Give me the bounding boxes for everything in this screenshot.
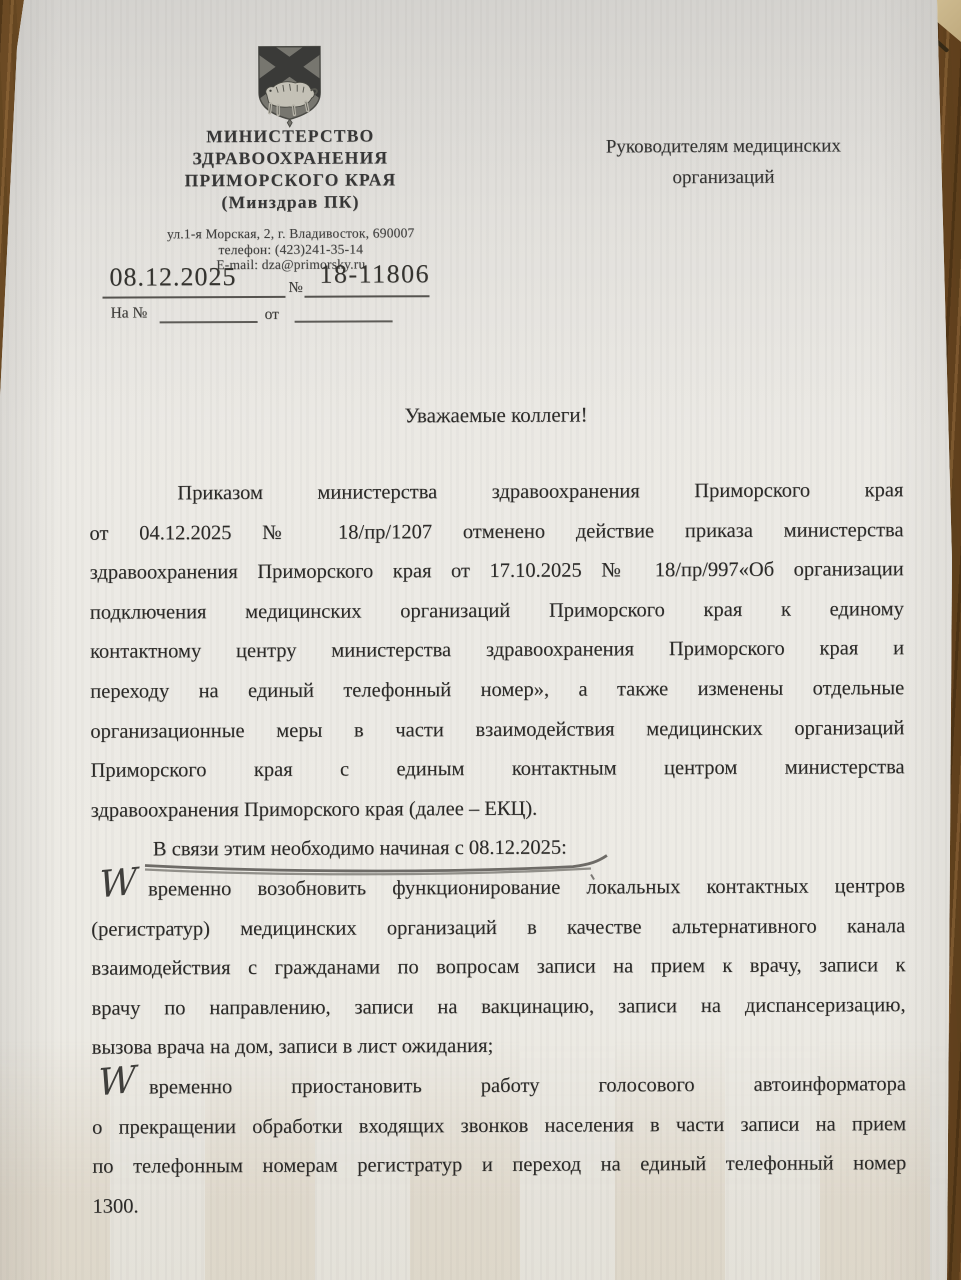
org-line: (Минздрав ПК)	[123, 190, 458, 213]
list-item-first-line: W временно приостановить работу голосово…	[92, 1065, 906, 1108]
body-line: (регистратур) медицинских организаций в …	[91, 907, 905, 950]
underlined-heading: В связи этим необходимо начиная с 08.12.…	[91, 827, 905, 870]
salutation: Уважаемые коллеги!	[89, 401, 903, 430]
photographed-letter-on-table: МИНИСТЕРСТВО ЗДРАВООХРАНЕНИЯ ПРИМОРСКОГО…	[0, 0, 961, 1280]
letter-date: 08.12.2025	[109, 262, 236, 293]
org-line: МИНИСТЕРСТВО	[123, 124, 458, 147]
address-line: телефон: (423)241-35-14	[123, 241, 458, 258]
org-line: ПРИМОРСКОГО КРАЯ	[123, 168, 458, 191]
body-line: контактному центру министерства здравоох…	[90, 630, 904, 673]
body-line: врачу по направлению, записи на вакцинац…	[92, 986, 906, 1029]
list-item-first-line: W временно возобновить функционирование …	[91, 867, 905, 910]
primorsky-krai-coat-of-arms-icon	[252, 45, 326, 129]
reference-number-blank	[160, 321, 258, 323]
ministry-name-block: МИНИСТЕРСТВО ЗДРАВООХРАНЕНИЯ ПРИМОРСКОГО…	[123, 124, 458, 213]
body-line: здравоохранения Приморского края от 17.1…	[90, 550, 904, 593]
item-text: временно возобновить функционирование ло…	[148, 875, 905, 900]
body-line: по телефонным номерам регистратур и пере…	[92, 1144, 906, 1187]
body-line: 1300.	[92, 1184, 906, 1227]
reference-from-label: от	[265, 306, 279, 324]
handwritten-w-marker: W	[98, 1060, 136, 1103]
address-line: ул.1-я Морская, 2, г. Владивосток, 69000…	[123, 225, 458, 242]
number-underline	[304, 295, 429, 298]
number-sign: №	[288, 280, 302, 297]
item-text: временно приостановить работу голосового…	[149, 1073, 906, 1098]
addressee: Руководителям медицинских организаций	[576, 130, 871, 193]
handwritten-w-marker: W	[99, 862, 137, 905]
letter-number: 18-11806	[319, 259, 430, 289]
letter-page: МИНИСТЕРСТВО ЗДРАВООХРАНЕНИЯ ПРИМОРСКОГО…	[0, 0, 961, 1280]
body-line: здравоохранения Приморского края (далее …	[91, 788, 905, 831]
date-underline	[102, 296, 285, 299]
body-line: Приморского края с единым контактным цен…	[90, 748, 904, 791]
org-line: ЗДРАВООХРАНЕНИЯ	[123, 146, 458, 169]
body-line: от 04.12.2025 № 18/пр/1207 отменено дейс…	[89, 511, 903, 554]
body-line: о прекращении обработки входящих звонков…	[92, 1105, 906, 1148]
body-line: вызова врача на дом, записи в лист ожида…	[92, 1025, 906, 1068]
body-line: организационные меры в части взаимодейст…	[90, 709, 904, 752]
reference-number-label: На №	[111, 304, 148, 322]
letter-body: Приказом министерства здравоохранения Пр…	[89, 471, 906, 1227]
body-line: Приказом министерства здравоохранения Пр…	[89, 471, 903, 514]
body-line: взаимодействия с гражданами по вопросам …	[91, 946, 905, 989]
letter-content: МИНИСТЕРСТВО ЗДРАВООХРАНЕНИЯ ПРИМОРСКОГО…	[0, 0, 961, 1280]
body-line: переходу на единый телефонный номер», а …	[90, 669, 904, 712]
reference-date-blank	[295, 320, 393, 322]
body-line: подключения медицинских организаций Прим…	[90, 590, 904, 633]
